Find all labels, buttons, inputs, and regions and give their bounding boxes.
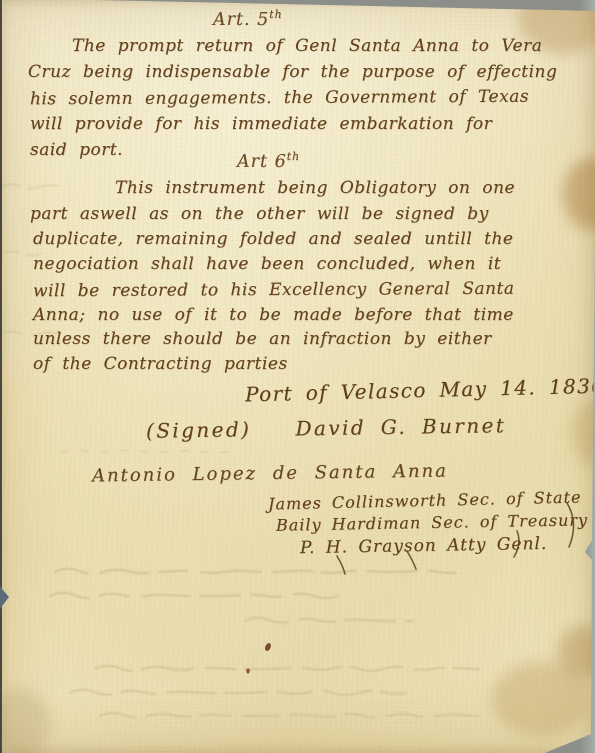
article-5-heading-text: Art. 5 [213,10,269,30]
witness-title: Sec. of Treasury [431,510,588,532]
stain-bottom-right [492,662,590,736]
burnet-signature: David G. Burnet [295,413,506,440]
a6-line: duplicate, remaining folded and sealed u… [33,229,514,249]
witness-name: Baily Hardiman [276,513,421,535]
article-6-heading-ordinal: th [287,150,300,163]
stain-right-mid [572,402,595,464]
a5-line: his solemn engagements. the Government o… [30,87,529,110]
a5-line: Cruz being indispensable for the purpose… [28,62,557,82]
signed-label: (Signed) [146,417,252,443]
ink-blot [264,642,272,652]
stain-right-lower-edge [558,626,595,678]
a5-line: The prompt return of Genl Santa Anna to … [72,36,542,56]
scanned-document: Art. 5th The prompt return of Genl Santa… [0,0,595,753]
article-5-heading: Art. 5th [213,8,283,30]
paper-sheet: Art. 5th The prompt return of Genl Santa… [0,0,595,753]
stain-right-edge [563,158,595,230]
a6-line: will be restored to his Excellency Gener… [33,279,515,302]
a5-line: will provide for his immediate embarkati… [30,114,492,134]
witness-signature: James Collinsworth Sec. of State [268,487,582,513]
a5-line: said port. [30,140,123,160]
witness-name: P. H. Grayson [300,536,437,558]
signed-row: (Signed) David G. Burnet [146,413,507,443]
dateline: Port of Velasco May 14. 1836 [245,374,595,407]
stain-bottom-left [0,688,50,753]
a6-line: This instrument being Obligatory on one [115,178,515,198]
ink-blot [246,668,250,673]
witness-title: Sec. of State [457,487,581,509]
witness-name: James Collinsworth [268,490,448,513]
article-6-heading: Art 6th [237,150,300,172]
a6-line: Anna; no use of it to be made before tha… [33,305,514,325]
article-5-heading-ordinal: th [269,8,282,21]
article-6-heading-text: Art 6 [237,152,287,172]
witness-signature: Baily Hardiman Sec. of Treasury [276,510,588,534]
witness-signature: P. H. Grayson Atty Genl. [300,534,548,558]
a6-line: negociation shall have been concluded, w… [33,254,501,274]
witness-title: Atty Genl. [447,534,547,556]
santa-anna-signature: Antonio Lopez de Santa Anna [92,461,448,487]
a6-line: part aswell as on the other will be sign… [30,204,489,224]
a6-line: of the Contracting parties [33,354,288,374]
a6-line: unless there should be an infraction by … [33,329,492,349]
